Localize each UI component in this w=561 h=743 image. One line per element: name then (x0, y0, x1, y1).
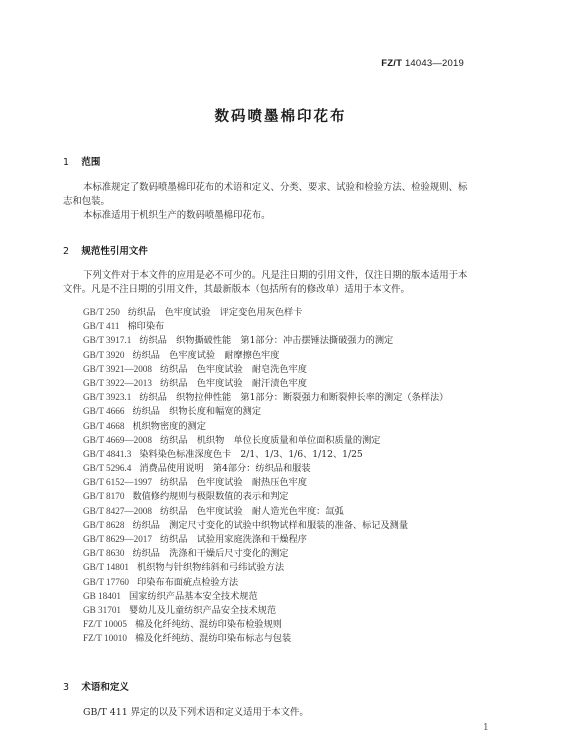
reference-title: 纺织品 织物撕破性能 第1部分：冲击摆锤法撕破强力的测定 (139, 335, 393, 346)
reference-title: 棉印染布 (128, 321, 165, 332)
scope-paragraph-1: 本标准规定了数码喷墨棉印花布的术语和定义、分类、要求、试验和检验方法、检验规则、… (63, 181, 468, 209)
reference-code: GB/T 8630 (83, 548, 124, 558)
reference-code: GB/T 6152—1997 (83, 477, 152, 487)
reference-title: 纺织品 色牢度试验 耐热压色牢度 (160, 477, 307, 488)
scope-paragraph-2: 本标准适用于机织生产的数码喷墨棉印花布。 (63, 209, 468, 223)
section-title: 术语和定义 (81, 682, 129, 693)
reference-code: GB 18401 (83, 591, 121, 601)
reference-code: GB/T 411 (83, 321, 120, 331)
reference-title: 数值修约规则与极限数值的表示和判定 (132, 491, 288, 502)
reference-title: 纺织品 织物拉伸性能 第1部分：断裂强力和断裂伸长率的测定（条样法） (139, 392, 448, 403)
section-title: 规范性引用文件 (81, 246, 148, 257)
reference-title: 棉及化纤纯纺、混纺印染布检验规则 (135, 619, 282, 630)
reference-title: 纺织品 机织物 单位长度质量和单位面积质量的测定 (160, 435, 381, 446)
reference-item: GB/T 3922—2013纺织品 色牢度试验 耐汗渍色牢度 (83, 376, 448, 390)
reference-code: GB/T 14801 (83, 562, 129, 572)
reference-code: FZ/T 10005 (83, 619, 127, 629)
reference-code: GB/T 3921—2008 (83, 364, 152, 374)
document-title: 数码喷墨棉印花布 (0, 105, 561, 126)
reference-code: GB/T 17760 (83, 577, 129, 587)
reference-code: GB/T 8170 (83, 491, 124, 501)
reference-title: 纺织品 试验用家庭洗涤和干燥程序 (160, 534, 307, 545)
reference-code: GB/T 3923.1 (83, 392, 131, 402)
reference-code: GB/T 8629—2017 (83, 534, 152, 544)
reference-title: 印染布布面疵点检验方法 (137, 577, 238, 588)
reference-item: GB/T 8629—2017纺织品 试验用家庭洗涤和干燥程序 (83, 532, 448, 546)
reference-item: FZ/T 10005棉及化纤纯纺、混纺印染布检验规则 (83, 617, 448, 631)
reference-item: GB/T 17760印染布布面疵点检验方法 (83, 575, 448, 589)
reference-title: 机织物密度的测定 (132, 421, 206, 432)
standard-code: FZ/T 14043—2019 (381, 58, 464, 69)
standard-number: 14043—2019 (405, 58, 464, 69)
reference-item: GB 31701婴幼儿及儿童纺织产品安全技术规范 (83, 603, 448, 617)
section-2-heading: 2 规范性引用文件 (63, 243, 148, 257)
reference-title: 纺织品 色牢度试验 耐人造光色牢度：氙弧 (160, 506, 344, 517)
reference-item: GB/T 8170数值修约规则与极限数值的表示和判定 (83, 489, 448, 503)
reference-item: GB/T 3923.1纺织品 织物拉伸性能 第1部分：断裂强力和断裂伸长率的测定… (83, 390, 448, 404)
reference-code: GB 31701 (83, 605, 121, 615)
reference-code: GB/T 3917.1 (83, 335, 131, 345)
reference-item: GB/T 8427—2008纺织品 色牢度试验 耐人造光色牢度：氙弧 (83, 504, 448, 518)
reference-code: GB/T 3920 (83, 350, 124, 360)
reference-item: GB/T 3920纺织品 色牢度试验 耐摩擦色牢度 (83, 348, 448, 362)
reference-title: 纺织品 色牢度试验 耐汗渍色牢度 (160, 378, 307, 389)
reference-title: 机织物与针织物纬斜和弓纬试验方法 (137, 562, 284, 573)
section-number: 2 (63, 246, 78, 257)
section-title: 范围 (81, 157, 100, 168)
reference-item: GB/T 4668机织物密度的测定 (83, 419, 448, 433)
terms-paragraph: GB/T 411 界定的以及下列术语和定义适用于本文件。 (63, 706, 468, 720)
reference-list: GB/T 250纺织品 色牢度试验 评定变色用灰色样卡 GB/T 411棉印染布… (83, 305, 448, 646)
reference-code: GB/T 250 (83, 307, 120, 317)
standard-prefix: FZ/T (381, 58, 402, 69)
reference-item: GB/T 411棉印染布 (83, 319, 448, 333)
reference-title: 纺织品 色牢度试验 耐皂洗色牢度 (160, 364, 307, 375)
reference-item: GB/T 4669—2008纺织品 机织物 单位长度质量和单位面积质量的测定 (83, 433, 448, 447)
reference-item: GB/T 8628纺织品 测定尺寸变化的试验中织物试样和服装的准备、标记及测量 (83, 518, 448, 532)
reference-code: GB/T 4666 (83, 406, 124, 416)
reference-item: GB/T 8630纺织品 洗涤和干燥后尺寸变化的测定 (83, 546, 448, 560)
reference-item: GB/T 3917.1纺织品 织物撕破性能 第1部分：冲击摆锤法撕破强力的测定 (83, 333, 448, 347)
reference-title: 纺织品 测定尺寸变化的试验中织物试样和服装的准备、标记及测量 (132, 520, 408, 531)
reference-title: 纺织品 洗涤和干燥后尺寸变化的测定 (132, 548, 288, 559)
reference-item: GB/T 5296.4消费品使用说明 第4部分：纺织品和服装 (83, 461, 448, 475)
reference-code: FZ/T 10010 (83, 633, 127, 643)
reference-code: GB/T 4668 (83, 421, 124, 431)
reference-code: GB/T 3922—2013 (83, 378, 152, 388)
reference-title: 婴幼儿及儿童纺织产品安全技术规范 (129, 605, 276, 616)
section-number: 3 (63, 682, 78, 693)
reference-item: GB 18401国家纺织产品基本安全技术规范 (83, 589, 448, 603)
section-1-heading: 1 范围 (63, 154, 100, 168)
reference-item: GB/T 14801机织物与针织物纬斜和弓纬试验方法 (83, 560, 448, 574)
reference-item: GB/T 250纺织品 色牢度试验 评定变色用灰色样卡 (83, 305, 448, 319)
reference-code: GB/T 4841.3 (83, 449, 131, 459)
reference-code: GB/T 8628 (83, 520, 124, 530)
reference-item: GB/T 6152—1997纺织品 色牢度试验 耐热压色牢度 (83, 475, 448, 489)
reference-code: GB/T 4669—2008 (83, 435, 152, 445)
reference-code: GB/T 8427—2008 (83, 506, 152, 516)
reference-item: GB/T 4666纺织品 织物长度和幅宽的测定 (83, 404, 448, 418)
reference-title: 纺织品 色牢度试验 评定变色用灰色样卡 (128, 307, 303, 318)
reference-title: 国家纺织产品基本安全技术规范 (129, 591, 258, 602)
reference-item: GB/T 4841.3染料染色标准深度色卡 2/1、1/3、1/6、1/12、1… (83, 447, 448, 461)
section-number: 1 (63, 157, 78, 168)
reference-item: GB/T 3921—2008纺织品 色牢度试验 耐皂洗色牢度 (83, 362, 448, 376)
reference-code: GB/T 5296.4 (83, 463, 131, 473)
reference-title: 纺织品 织物长度和幅宽的测定 (132, 406, 261, 417)
section-3-heading: 3 术语和定义 (63, 679, 129, 693)
page-number: 1 (483, 723, 489, 733)
normative-intro-paragraph: 下列文件对于本文件的应用是必不可少的。凡是注日期的引用文件，仅注日期的版本适用于… (63, 269, 468, 297)
reference-item: FZ/T 10010棉及化纤纯纺、混纺印染布标志与包装 (83, 631, 448, 645)
reference-title: 棉及化纤纯纺、混纺印染布标志与包装 (135, 633, 291, 644)
reference-title: 消费品使用说明 第4部分：纺织品和服装 (139, 463, 310, 474)
reference-title: 染料染色标准深度色卡 2/1、1/3、1/6、1/12、1/25 (139, 449, 362, 460)
reference-title: 纺织品 色牢度试验 耐摩擦色牢度 (132, 350, 279, 361)
